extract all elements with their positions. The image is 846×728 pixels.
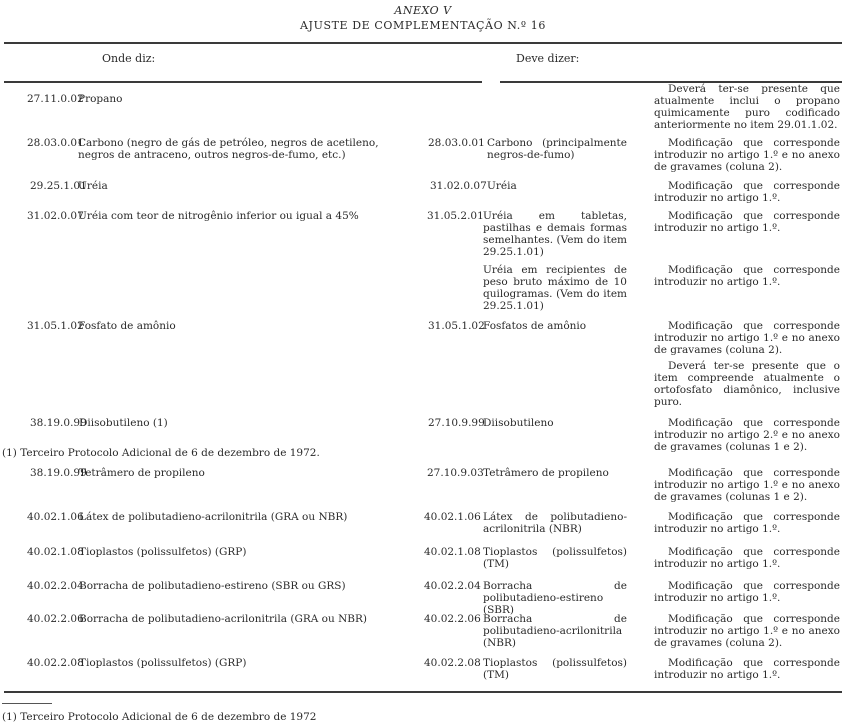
observation: Modificação que corresponde introduzir n…: [654, 264, 840, 288]
old-code: 31.05.1.02: [27, 320, 84, 332]
old-description: Borracha de polibutadieno-acrilonitrila …: [79, 613, 367, 625]
observation: Modificação que corresponde introduzir n…: [654, 580, 840, 604]
footnote-separator: [2, 703, 52, 704]
new-description: Uréia: [487, 180, 517, 192]
new-description: Borracha de polibutadieno-acrilonitrila …: [483, 613, 627, 649]
new-description: Borracha de polibutadieno-estireno (SBR): [483, 580, 627, 616]
new-code: 28.03.0.01: [428, 137, 485, 149]
old-code: 40.02.1.06: [27, 511, 84, 523]
old-description: Tetrâmero de propileno: [79, 467, 205, 479]
observation: Modificação que corresponde introduzir n…: [654, 657, 840, 681]
observation: Modificação que corresponde introduzir n…: [654, 467, 840, 503]
new-code: 40.02.2.08: [424, 657, 481, 669]
new-description: Tetrâmero de propileno: [483, 467, 609, 479]
observation: Deverá ter-se presente que atualmente in…: [654, 83, 840, 131]
new-description: Carbono (principalmente negros-de-fumo): [487, 137, 627, 161]
observation: Modificação que corresponde introduzir n…: [654, 180, 840, 204]
old-description: Tioplastos (polissulfetos) (GRP): [79, 657, 246, 669]
new-description: Látex de polibutadieno-acrilonitrila (NB…: [483, 511, 627, 535]
old-description: Propano: [78, 93, 122, 105]
old-description: Uréia com teor de nitrogênio inferior ou…: [78, 210, 359, 222]
observation-secondary: Deverá ter-se presente que o item compre…: [654, 360, 840, 408]
old-description: Fosfato de amônio: [78, 320, 176, 332]
old-description: Tioplastos (polissulfetos) (GRP): [79, 546, 246, 558]
new-code: 27.10.9.99: [428, 417, 485, 429]
new-code: 40.02.1.08: [424, 546, 481, 558]
observation: Modificação que corresponde introduzir n…: [654, 320, 840, 356]
inline-footnote: (1) Terceiro Protocolo Adicional de 6 de…: [2, 447, 320, 459]
old-description-line-1: Carbono (negro de gás de petróleo, negro…: [78, 137, 379, 149]
document-title: AJUSTE DE COMPLEMENTAÇÃO N.º 16: [0, 19, 846, 32]
new-description: Uréia em recipientes de peso bruto máxim…: [483, 264, 627, 312]
new-description: Tioplastos (polissulfetos) (TM): [483, 657, 627, 681]
new-description: Tioplastos (polissulfetos) (TM): [483, 546, 627, 570]
old-code: 40.02.2.06: [27, 613, 84, 625]
old-description: Uréia: [78, 180, 108, 192]
observation: Modificação que corresponde introduzir n…: [654, 417, 840, 453]
annex-label: ANEXO V: [0, 4, 846, 17]
column-header-onde-diz: Onde diz:: [102, 52, 155, 65]
old-code: 28.03.0.01: [27, 137, 84, 149]
new-code: 40.02.2.04: [424, 580, 481, 592]
old-code: 31.02.0.07: [27, 210, 84, 222]
new-description: Uréia em tabletas, pastilhas e demais fo…: [483, 210, 627, 258]
old-description: Diisobutileno (1): [79, 417, 168, 429]
new-code: 31.02.0.07: [430, 180, 487, 192]
old-code: 40.02.2.08: [27, 657, 84, 669]
old-code: 27.11.0.02: [27, 93, 84, 105]
old-code: 40.02.1.08: [27, 546, 84, 558]
observation: Modificação que corresponde introduzir n…: [654, 511, 840, 535]
observation: Modificação que corresponde introduzir n…: [654, 210, 840, 234]
bottom-rule: [4, 691, 842, 693]
new-code: 31.05.1.02: [428, 320, 485, 332]
old-description: Borracha de polibutadieno-estireno (SBR …: [79, 580, 346, 592]
top-rule: [4, 42, 842, 44]
footnote: (1) Terceiro Protocolo Adicional de 6 de…: [2, 711, 316, 723]
observation: Modificação que corresponde introduzir n…: [654, 546, 840, 570]
old-description-line-2: negros de antraceno, outros negros-de-fu…: [78, 149, 346, 161]
new-code: 40.02.1.06: [424, 511, 481, 523]
observation: Modificação que corresponde introduzir n…: [654, 613, 840, 649]
new-code: 27.10.9.03: [427, 467, 484, 479]
new-code: 40.02.2.06: [424, 613, 481, 625]
old-code: 40.02.2.04: [27, 580, 84, 592]
observation: Modificação que corresponde introduzir n…: [654, 137, 840, 173]
new-code: 31.05.2.01: [427, 210, 484, 222]
new-description: Fosfatos de amônio: [483, 320, 586, 332]
old-description: Látex de polibutadieno-acrilonitrila (GR…: [79, 511, 347, 523]
new-description: Diisobutileno: [483, 417, 554, 429]
column-header-deve-dizer: Deve dizer:: [516, 52, 579, 65]
header-rule-left: [4, 81, 482, 83]
